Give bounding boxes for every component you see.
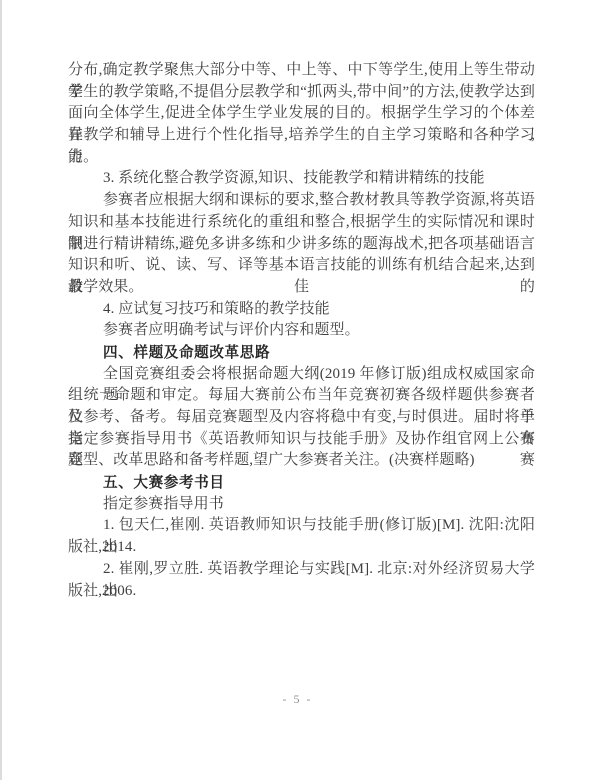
reference-item: 版社,2006.	[68, 581, 535, 603]
text-line: 指定参赛指导用书《英语教师知识与技能手册》及协作组官网上公布竞赛	[68, 429, 535, 451]
text-line: 组统一命题和审定。每届大赛前公布当年竞赛初赛各级样题供参赛者及单	[68, 385, 535, 407]
text-line: 差生的教学策略,不提倡分层教学和“抓两头,带中间”的方法,使教学达到	[68, 82, 535, 104]
page-left-edge-shadow	[0, 0, 2, 780]
text-line: 参赛者应明确考试与评价内容和题型。	[68, 320, 535, 342]
list-item-heading: 3. 系统化整合教学资源,知识、技能教学和精讲精练的技能	[68, 168, 535, 190]
text-line: 力。	[68, 147, 535, 169]
text-line: 全国竞赛组委会将根据命题大纲(2019 年修订版)组成权威国家命题	[68, 364, 535, 386]
text-line: 制进行精讲精练,避免多讲多练和少讲多练的题海战术,把各项基础语言	[68, 234, 535, 256]
document-page: 分布,确定教学聚焦大部分中等、中上等、中下等学生,使用上等生带动学 差生的教学策…	[0, 0, 595, 780]
text-line: 分布,确定教学聚焦大部分中等、中上等、中下等学生,使用上等生带动学	[68, 60, 535, 82]
text-line: 指定参赛指导用书	[68, 494, 535, 516]
reference-item: 版社,2014.	[68, 537, 535, 559]
text-line: 在教学和辅导上进行个性化指导,培养学生的自主学习策略和各种学习能	[68, 125, 535, 147]
text-line: 参赛者应根据大纲和课标的要求,整合教材教具等教学资源,将英语	[68, 190, 535, 212]
document-body: 分布,确定教学聚焦大部分中等、中上等、中下等学生,使用上等生带动学 差生的教学策…	[68, 60, 535, 602]
section-heading-samples: 四、样题及命题改革思路	[68, 342, 535, 364]
reference-item: 1. 包天仁,崔刚. 英语教师知识与技能手册(修订版)[M]. 沈阳:沈阳出	[68, 515, 535, 537]
reference-item: 2. 崔刚,罗立胜. 英语教学理论与实践[M]. 北京:对外经济贸易大学出	[68, 559, 535, 581]
text-line: 面向全体学生,促进全体学生学业发展的目的。根据学生学习的个体差异,	[68, 103, 535, 125]
section-heading-books: 五、大赛参考书目	[68, 472, 535, 494]
text-line: 题型、改革思路和备考样题,望广大参赛者关注。(决赛样题略)	[68, 450, 535, 472]
text-line: 知识和听、说、读、写、译等基本语言技能的训练有机结合起来,达到最佳的	[68, 255, 535, 277]
text-line: 知识和基本技能进行系统化的重组和整合,根据学生的实际情况和课时限	[68, 212, 535, 234]
page-number: - 5 -	[0, 692, 595, 706]
text-line: 位参考、备考。每届竞赛题型及内容将稳中有变,与时俱进。届时将于竞赛	[68, 407, 535, 429]
list-item-heading: 4. 应试复习技巧和策略的教学技能	[68, 299, 535, 321]
